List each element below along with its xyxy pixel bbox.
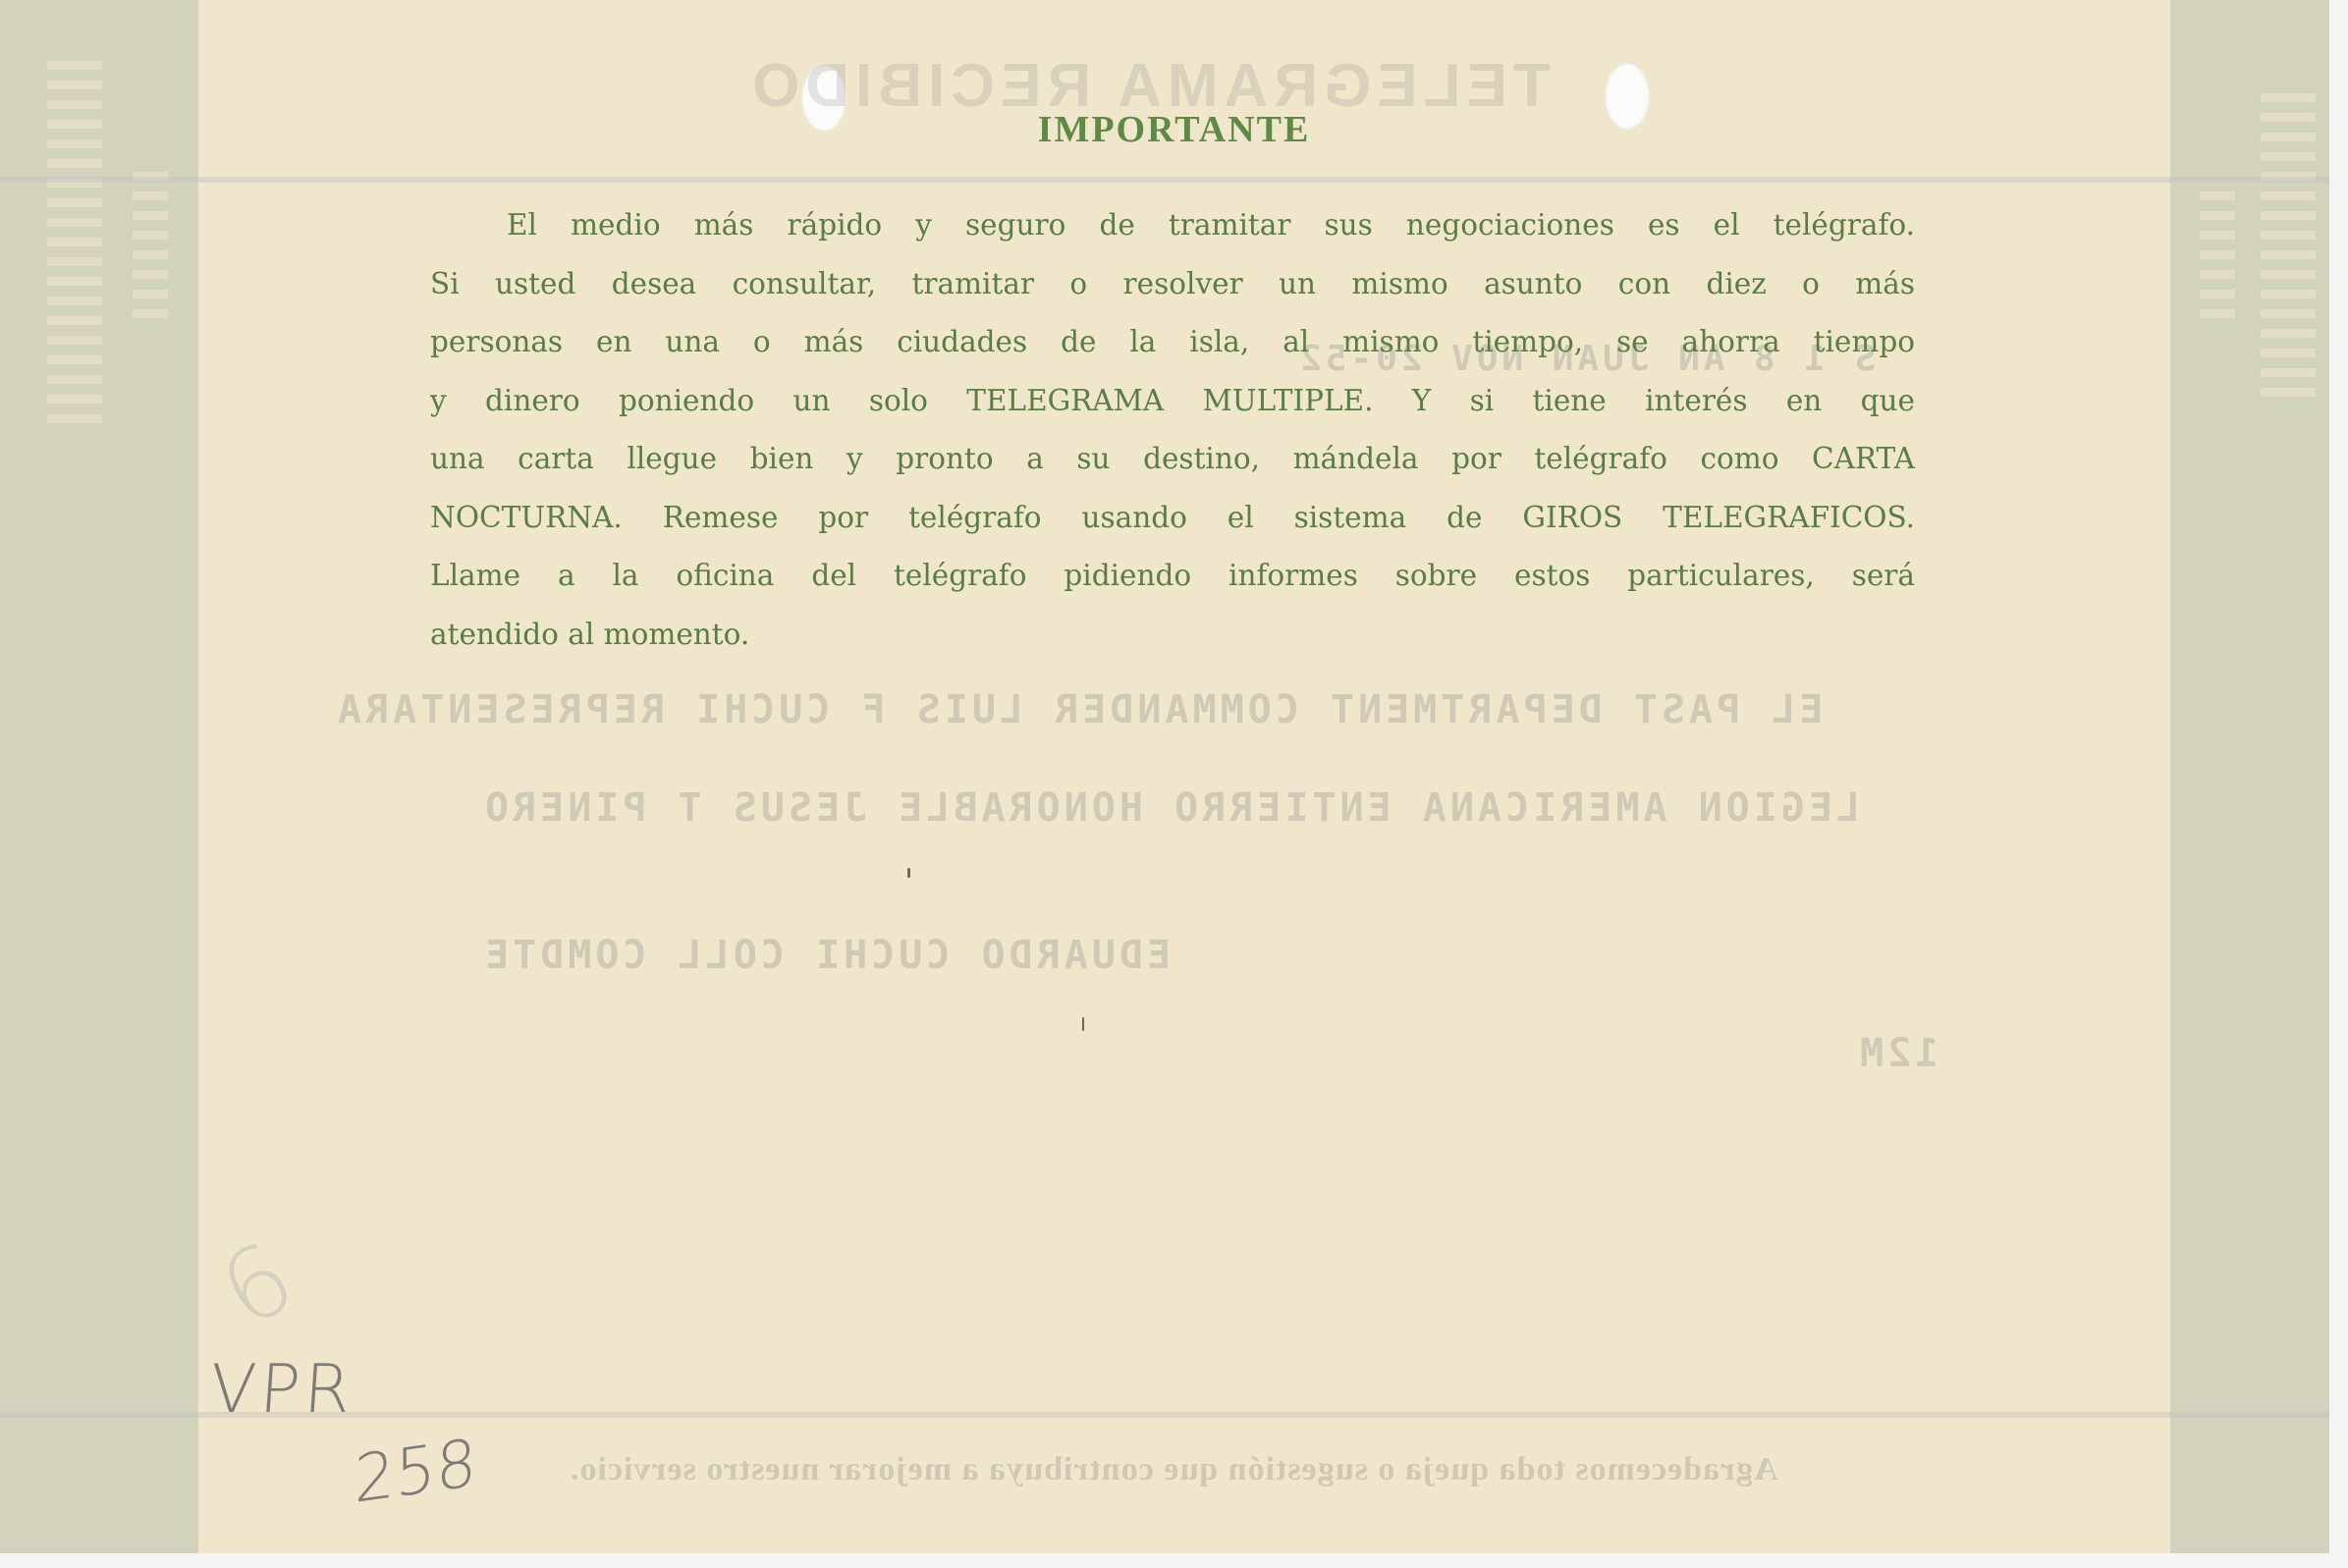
- bleed-through-line-1: EL PAST DEPARTMENT COMMANDER LUIS F CUCH…: [334, 687, 1823, 732]
- document-heading: IMPORTANTE: [0, 108, 2348, 151]
- pencil-number: 258: [355, 1425, 477, 1518]
- paper-speck: [907, 868, 910, 878]
- left-margin-band: [0, 0, 198, 1553]
- form-rule-top: [0, 177, 2329, 183]
- bleed-through-line-3: EDUARDO CUCHI COLL COMDTE: [481, 933, 1171, 978]
- telegram-page: TELEGRAMA RECIBIDO S 1 8 AN JUAN NOV 20-…: [0, 0, 2329, 1553]
- document-body: El medio más rápido y seguro de tramitar…: [430, 196, 1915, 664]
- body-line: Llame a la oficina del telégrafo pidiend…: [430, 547, 1915, 606]
- body-line: y dinero poniendo un solo TELEGRAMA MULT…: [430, 372, 1915, 431]
- pencil-initials: VPR: [207, 1351, 356, 1429]
- right-margin-band: [2170, 0, 2329, 1553]
- paper-speck: [1082, 1017, 1084, 1031]
- bleed-through-line-4: 12M: [1856, 1031, 1938, 1076]
- bleed-through-line-2: LEGION AMERICANA ENTIERRO HONORABLE JESU…: [481, 785, 1860, 831]
- body-line: Si usted desea consultar, tramitar o res…: [430, 255, 1915, 314]
- body-line: atendido al momento.: [430, 606, 1915, 665]
- body-line: personas en una o más ciudades de la isl…: [430, 313, 1915, 372]
- body-line: El medio más rápido y seguro de tramitar…: [430, 196, 1915, 255]
- band-print-ghost: [2200, 191, 2235, 319]
- body-line: NOCTURNA. Remese por telégrafo usando el…: [430, 489, 1915, 548]
- faint-pencil-mark: 6: [201, 1219, 313, 1350]
- bleed-through-footer: Agradecemos toda queja o sugestión que c…: [570, 1451, 1778, 1488]
- band-print-ghost: [133, 172, 168, 329]
- body-line: una carta llegue bien y pronto a su dest…: [430, 430, 1915, 489]
